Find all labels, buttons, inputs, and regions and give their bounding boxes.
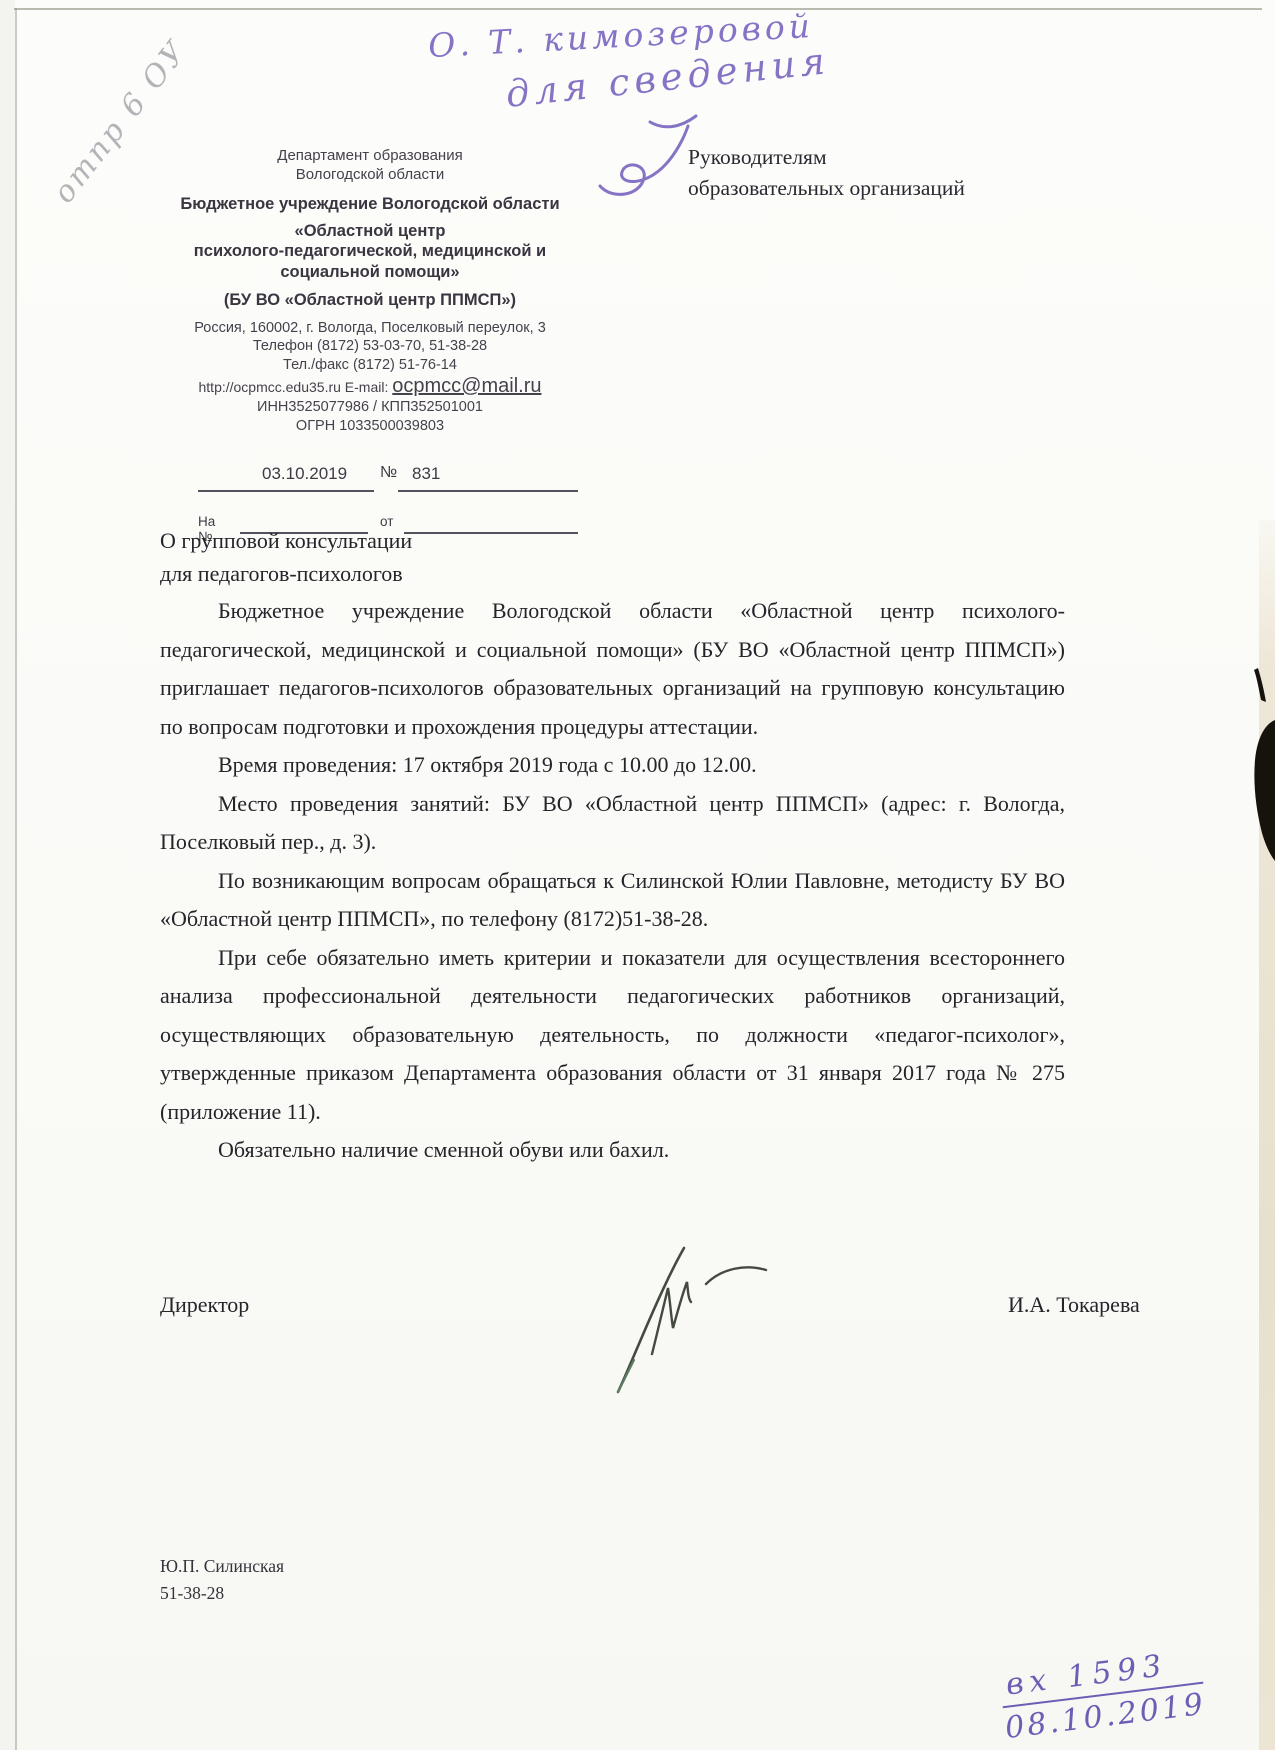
- addressee-block: Руководителям образовательных организаци…: [688, 142, 1068, 204]
- number-underline: [398, 490, 578, 492]
- body-paragraph-5: При себе обязательно иметь критерии и по…: [160, 939, 1065, 1132]
- paper-left-edge: [15, 8, 17, 1750]
- org-website: http://ocpmcc.edu35.ru E-mail:: [199, 379, 393, 395]
- org-name-line3: социальной помощи»: [130, 262, 610, 283]
- org-name-line1: «Областной центр: [130, 221, 610, 242]
- date-underline: [198, 490, 374, 492]
- scanned-letter-page: отпр 6 ОУ О. Т. кимозеровой для сведения…: [0, 0, 1275, 1750]
- org-name-line2: психолого-педагогической, медицинской и: [130, 241, 610, 262]
- executor-name: Ю.П. Силинская: [160, 1553, 284, 1580]
- org-phone: Телефон (8172) 53-03-70, 51-38-28: [130, 337, 610, 356]
- org-inn-kpp: ИНН3525077986 / КПП352501001: [130, 398, 610, 417]
- letter-date: 03.10.2019: [262, 464, 347, 484]
- scan-left-margin: [0, 0, 15, 1750]
- body-paragraph-6: Обязательно наличие сменной обуви или ба…: [160, 1131, 1065, 1170]
- org-email: ocpmcc@mail.ru: [392, 375, 541, 397]
- executor-phone: 51-38-28: [160, 1580, 284, 1607]
- body-paragraph-4: По возникающим вопросам обращаться к Сил…: [160, 862, 1065, 939]
- letter-body: Бюджетное учреждение Вологодской области…: [160, 592, 1065, 1170]
- org-short-name: (БУ ВО «Областной центр ППМСП»): [130, 290, 610, 311]
- org-ogrn: ОГРН 1033500039803: [130, 417, 610, 436]
- parent-org-line1: Департамент образования: [130, 146, 610, 165]
- addressee-line1: Руководителям: [688, 142, 1068, 173]
- addressee-line2: образовательных организаций: [688, 173, 1068, 204]
- paper-top-edge: [14, 8, 1262, 10]
- body-paragraph-3: Место проведения занятий: БУ ВО «Областн…: [160, 785, 1065, 862]
- scan-artifact-blob: [1246, 668, 1275, 880]
- org-fax: Тел./факс (8172) 51-76-14: [130, 356, 610, 375]
- signer-name: И.А. Токарева: [1008, 1292, 1140, 1318]
- body-paragraph-2: Время проведения: 17 октября 2019 года с…: [160, 746, 1065, 785]
- incoming-stamp: вх 1593 08.10.2019: [998, 1644, 1208, 1746]
- parent-org-line2: Вологодской области: [130, 165, 610, 184]
- signer-title: Директор: [160, 1292, 249, 1318]
- subject-line1: О групповой консультации: [160, 524, 660, 557]
- number-sign: №: [380, 464, 397, 482]
- letterhead: Департамент образования Вологодской обла…: [130, 146, 610, 435]
- letter-number: 831: [412, 464, 440, 484]
- org-web-email-line: http://ocpmcc.edu35.ru E-mail: ocpmcc@ma…: [130, 375, 610, 398]
- subject-block: О групповой консультации для педагогов-п…: [160, 524, 660, 590]
- body-paragraph-1: Бюджетное учреждение Вологодской области…: [160, 592, 1065, 746]
- org-address: Россия, 160002, г. Вологда, Поселковый п…: [130, 319, 610, 338]
- executor-block: Ю.П. Силинская 51-38-28: [160, 1553, 284, 1607]
- director-signature: [608, 1242, 783, 1397]
- subject-line2: для педагогов-психологов: [160, 557, 660, 590]
- org-type: Бюджетное учреждение Вологодской области: [130, 194, 610, 215]
